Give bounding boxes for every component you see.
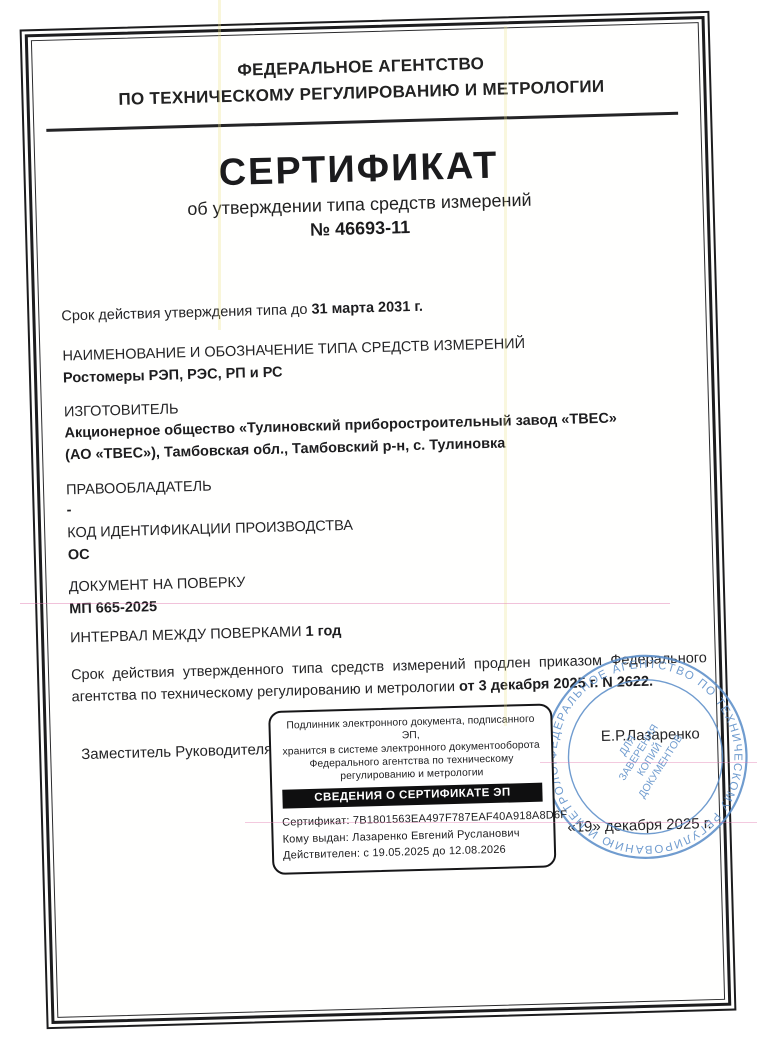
production-code-value: ОС bbox=[68, 545, 90, 567]
certificate-content: ФЕДЕРАЛЬНОЕ АГЕНТСТВО ПО ТЕХНИЧЕСКОМУ РЕ… bbox=[20, 11, 737, 1029]
type-name-label: НАИМЕНОВАНИЕ И ОБОЗНАЧЕНИЕ ТИПА СРЕДСТВ … bbox=[62, 334, 525, 368]
validity-value: 31 марта 2031 г. bbox=[311, 299, 423, 318]
esign-header: Подлинник электронного документа, подпис… bbox=[279, 713, 543, 785]
signer-position: Заместитель Руководителя bbox=[81, 741, 272, 763]
validity-line: Срок действия утверждения типа до 31 мар… bbox=[61, 297, 423, 328]
interval-label: ИНТЕРВАЛ МЕЖДУ ПОВЕРКАМИ bbox=[70, 624, 306, 646]
rights-holder-label: ПРАВООБЛАДАТЕЛЬ bbox=[66, 476, 212, 501]
esign-banner: СВЕДЕНИЯ О СЕРТИФИКАТЕ ЭП bbox=[282, 783, 542, 809]
round-seal-stamp: ФЕДЕРАЛЬНОЕ АГЕНТСТВО ПО ТЕХНИЧЕСКОМУ РЕ… bbox=[535, 646, 757, 868]
header-divider bbox=[46, 112, 678, 132]
verification-doc-value: МП 665-2025 bbox=[69, 597, 157, 620]
validity-prefix: Срок действия утверждения типа до bbox=[61, 302, 312, 325]
production-code-label: КОД ИДЕНТИФИКАЦИИ ПРОИЗВОДСТВА bbox=[67, 516, 353, 545]
verification-interval-line: ИНТЕРВАЛ МЕЖДУ ПОВЕРКАМИ 1 год bbox=[70, 621, 342, 649]
electronic-signature-stamp: Подлинник электронного документа, подпис… bbox=[268, 703, 556, 874]
verification-doc-label: ДОКУМЕНТ НА ПОВЕРКУ bbox=[68, 573, 245, 599]
type-name-value: Ростомеры РЭП, РЭС, РП и РС bbox=[63, 363, 283, 390]
rights-holder-value: - bbox=[66, 500, 71, 521]
interval-value: 1 год bbox=[305, 623, 341, 640]
scanned-certificate-page: { "agency": { "line1": "ФЕДЕРАЛЬНОЕ АГЕН… bbox=[0, 0, 757, 1037]
certificate-frame: ФЕДЕРАЛЬНОЕ АГЕНТСТВО ПО ТЕХНИЧЕСКОМУ РЕ… bbox=[20, 11, 737, 1029]
agency-header: ФЕДЕРАЛЬНОЕ АГЕНТСТВО ПО ТЕХНИЧЕСКОМУ РЕ… bbox=[21, 45, 702, 115]
